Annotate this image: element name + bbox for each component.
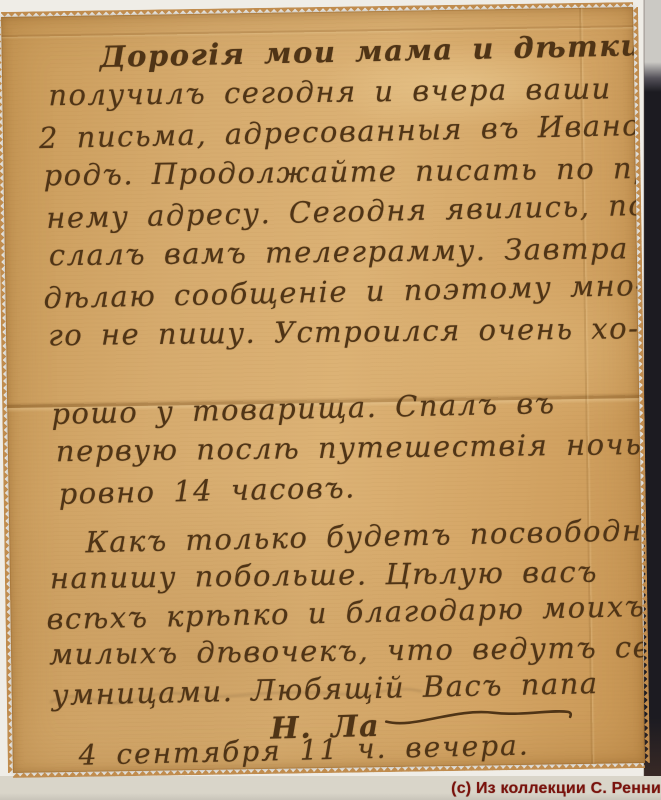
collection-watermark: (с) Из коллекции С. Ренни — [451, 780, 661, 798]
scanned-letter-image: Дорогія мои мама и дѣтки, получилъ сегод… — [0, 0, 661, 800]
date-line: 4 сентября 11 ч. вечера. — [78, 730, 618, 770]
handwriting-line: го не пишу. Устроился очень хо- — [48, 308, 612, 355]
signature-flourish — [384, 703, 575, 730]
letter-card-paper: Дорогія мои мама и дѣтки, получилъ сегод… — [1, 7, 645, 773]
handwritten-text: Дорогія мои мама и дѣтки, получилъ сегод… — [1, 7, 645, 773]
